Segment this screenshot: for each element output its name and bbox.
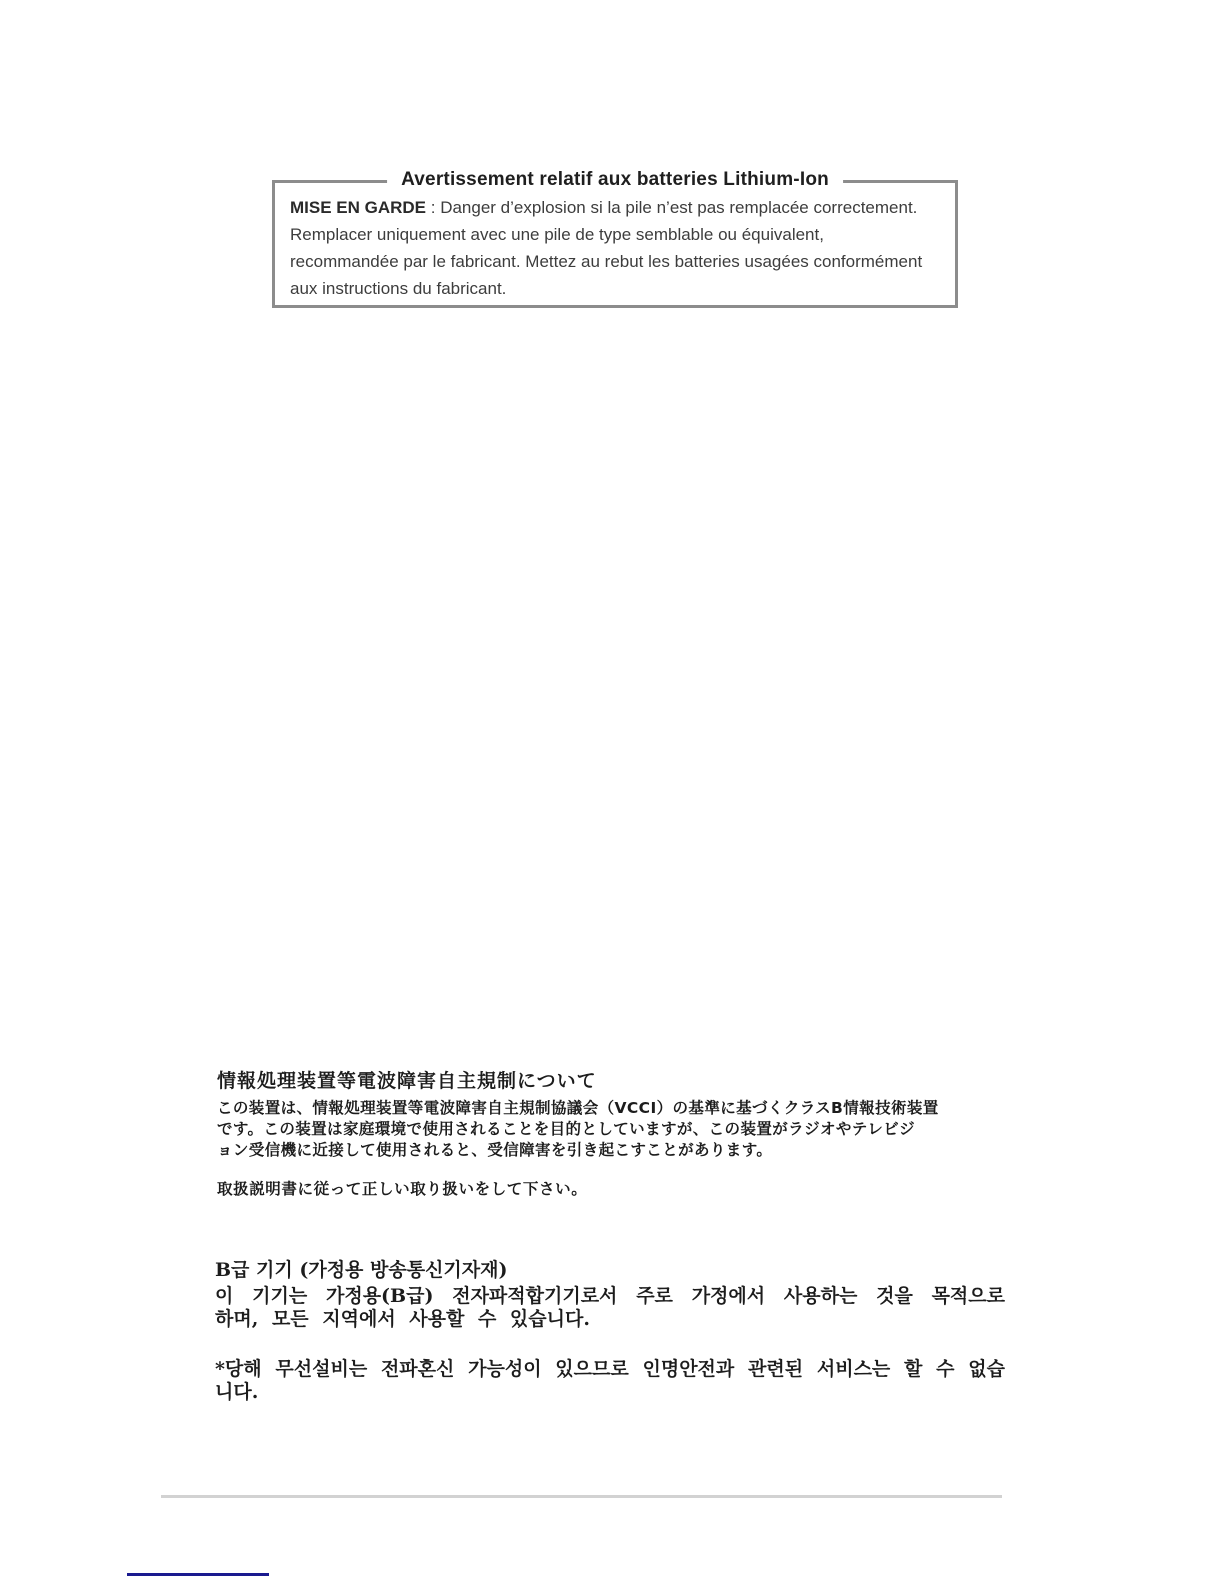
vcci-notice-section: 情報処理装置等電波障害自主規制について この装置は、情報処理装置等電波障害自主規… [217,1070,877,1199]
kcc-notice-section: B급 기기 (가정용 방송통신기자재) 이 기기는 가정용(B급) 전자파적합기… [215,1258,1005,1404]
kcc-class-b-heading: B급 기기 (가정용 방송통신기자재) [215,1258,1005,1282]
battery-warning-title: Avertissement relatif aux batteries Lith… [387,169,843,191]
document-page: Avertissement relatif aux batteries Lith… [0,0,1224,1584]
kcc-paragraph-gap [215,1331,1005,1358]
vcci-notice-body: この装置は、情報処理装置等電波障害自主規制協議会（VCCI）の基準に基づくクラス… [217,1098,877,1161]
footer-link-underline[interactable] [127,1573,269,1576]
kcc-body-line: 하며, 모든 지역에서 사용할 수 있습니다. [215,1308,1005,1331]
handling-instruction-note: 取扱説明書に従って正しい取り扱いをして下さい。 [217,1177,877,1199]
battery-warning-text: MISE EN GARDE : Danger d’explosion si la… [290,194,935,302]
vcci-body-line: この装置は、情報処理装置等電波障害自主規制協議会（VCCI）の基準に基づくクラス… [217,1098,877,1119]
footer-divider [161,1495,1002,1498]
kcc-wireless-warning-line: 니다. [215,1381,1005,1404]
battery-warning-box: Avertissement relatif aux batteries Lith… [272,180,958,308]
kcc-wireless-warning-line: *당해 무선설비는 전파혼신 가능성이 있으므로 인명안전과 관련된 서비스는 … [215,1358,1005,1381]
vcci-notice-heading: 情報処理装置等電波障害自主規制について [217,1070,877,1093]
vcci-body-line: ョン受信機に近接して使用されると、受信障害を引き起こすことがあります。 [217,1140,877,1161]
battery-warning-label: MISE EN GARDE [290,198,426,217]
vcci-body-line: です。この装置は家庭環境で使用されることを目的としていますが、この装置がラジオや… [217,1119,877,1140]
kcc-body-line: 이 기기는 가정용(B급) 전자파적합기기로서 주로 가정에서 사용하는 것을 … [215,1285,1005,1308]
